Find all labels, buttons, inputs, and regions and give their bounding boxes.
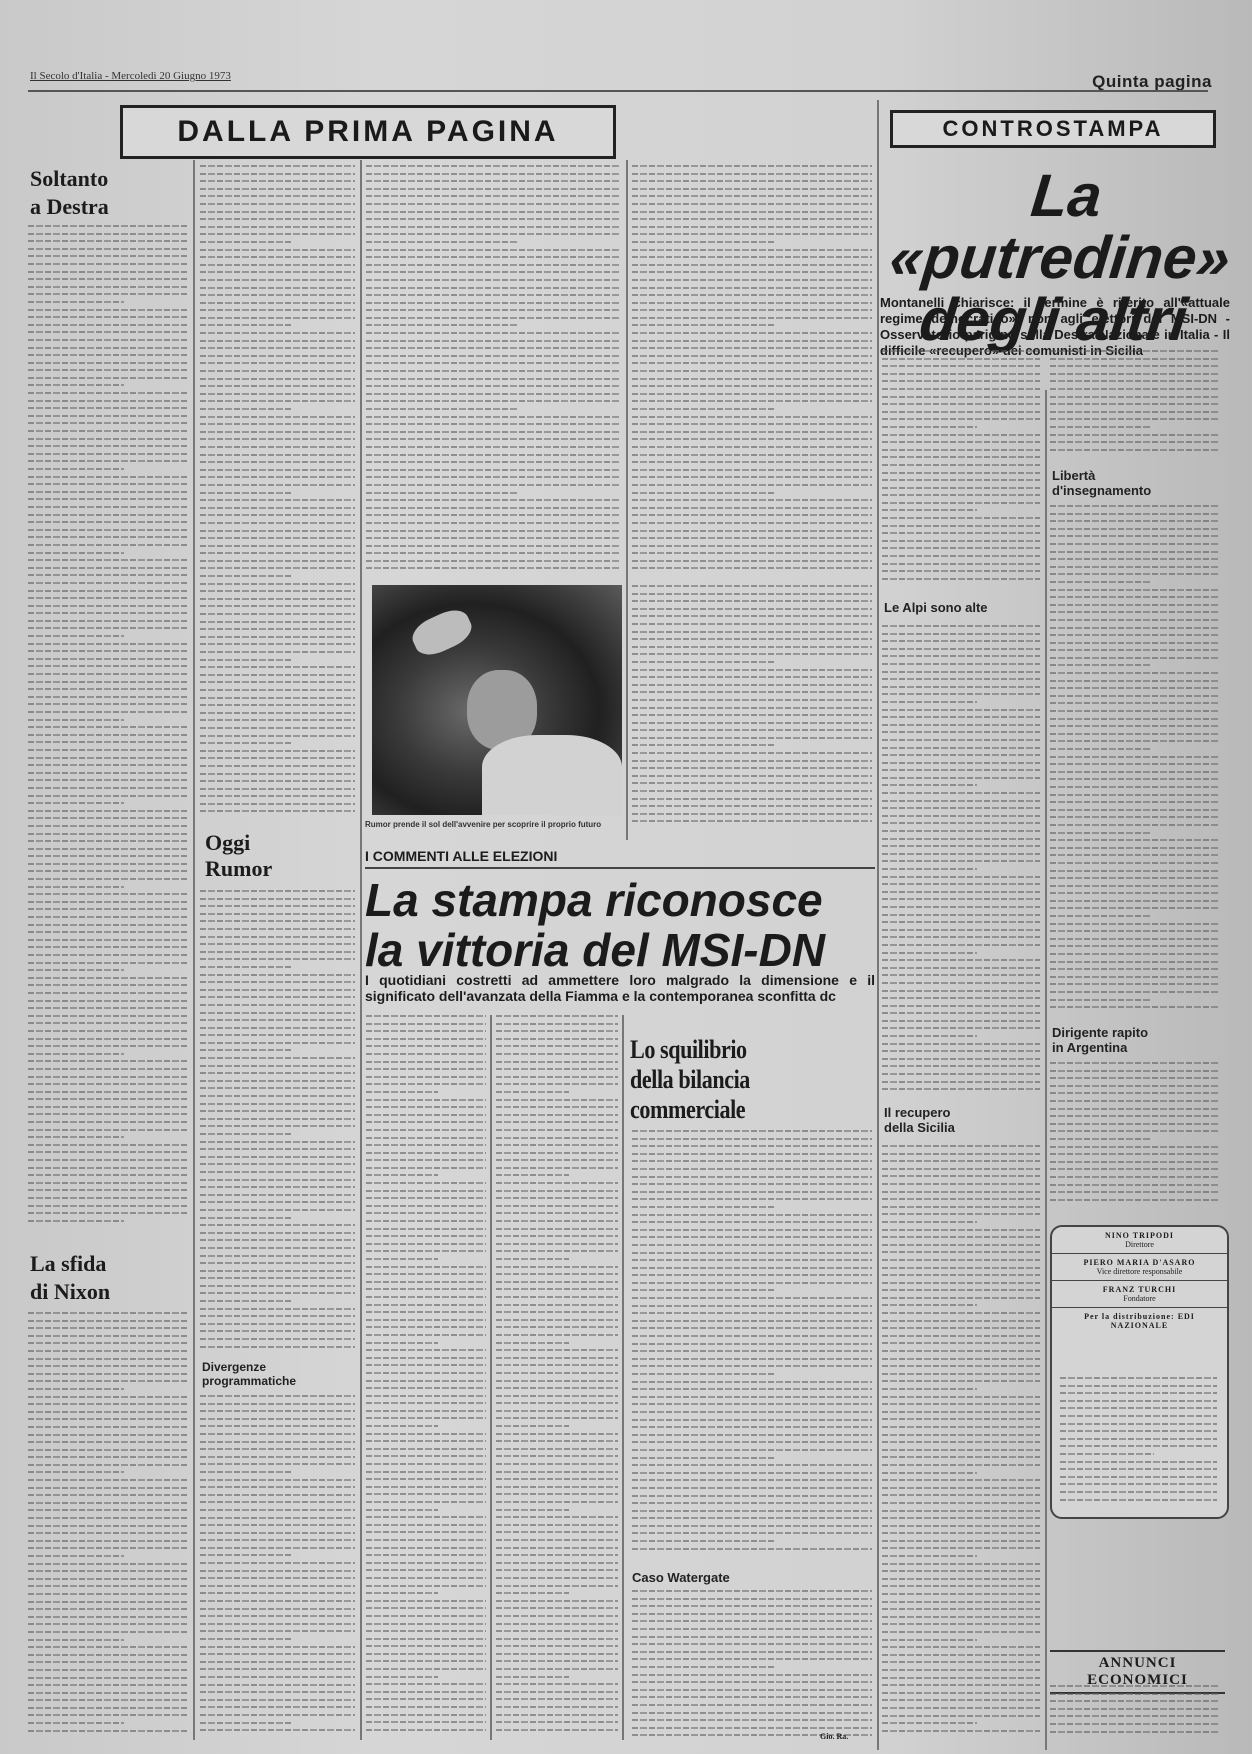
text-line — [200, 400, 355, 402]
text-line — [28, 567, 188, 569]
text-line — [200, 370, 355, 372]
text-line — [28, 901, 188, 903]
text-line — [28, 825, 188, 827]
text-line — [28, 984, 188, 986]
text-line — [1050, 740, 1220, 742]
text-line — [200, 1524, 355, 1526]
staff-director: NINO TRIPODI Direttore — [1052, 1227, 1227, 1254]
text-line — [882, 625, 1040, 627]
text-line — [200, 1103, 355, 1105]
text-line — [496, 1144, 618, 1146]
text-line — [496, 1493, 618, 1495]
text-line — [28, 764, 188, 766]
text-line — [632, 669, 872, 671]
text-line — [882, 815, 1040, 817]
text-line — [882, 1282, 1040, 1284]
text-line — [882, 784, 977, 786]
text-line — [200, 1080, 355, 1082]
text-line — [200, 1684, 355, 1686]
text-line — [882, 1631, 1040, 1633]
text-line — [200, 1532, 355, 1534]
text-line — [882, 1449, 1040, 1451]
text-line — [882, 1213, 1040, 1215]
text-line — [632, 1236, 872, 1238]
text-line — [882, 822, 1040, 824]
text-line — [366, 1638, 486, 1640]
text-line — [366, 1630, 486, 1632]
text-line — [1050, 358, 1220, 360]
text-line — [200, 355, 355, 357]
text-line — [366, 1615, 486, 1617]
text-line — [632, 340, 872, 342]
text-line — [200, 492, 293, 494]
text-line — [882, 921, 1040, 923]
text-line — [28, 1388, 124, 1390]
text-line — [28, 992, 188, 994]
text-line — [496, 1326, 618, 1328]
text-line — [28, 977, 188, 979]
text-line — [28, 1076, 188, 1078]
text-line — [882, 456, 1040, 458]
text-line — [882, 1502, 1040, 1504]
article-body-sfida-nixon — [28, 1312, 188, 1742]
text-line — [200, 788, 355, 790]
text-line — [28, 635, 124, 637]
text-line — [28, 1487, 188, 1489]
text-line — [200, 1638, 293, 1640]
text-line — [366, 294, 621, 296]
text-line — [632, 1153, 872, 1155]
text-line — [28, 1053, 124, 1055]
text-line — [632, 1696, 872, 1698]
text-line — [366, 552, 621, 554]
text-line — [496, 1478, 618, 1480]
text-line — [1050, 566, 1220, 568]
text-line — [28, 491, 188, 493]
text-line — [200, 1562, 355, 1564]
text-line — [632, 1168, 872, 1170]
text-line — [366, 1296, 486, 1298]
text-line — [28, 1212, 188, 1214]
text-line — [366, 1030, 486, 1032]
text-line — [366, 355, 621, 357]
text-line — [882, 731, 1040, 733]
text-line — [200, 996, 355, 998]
text-line — [882, 792, 1040, 794]
text-line — [496, 1296, 618, 1298]
text-line — [882, 358, 1040, 360]
text-line — [882, 1434, 1040, 1436]
text-line — [366, 1342, 438, 1344]
text-line — [882, 1403, 1040, 1405]
text-line — [632, 1704, 872, 1706]
text-line — [882, 1221, 977, 1223]
text-line — [632, 1312, 872, 1314]
text-line — [882, 1396, 1040, 1398]
text-line — [496, 1569, 618, 1571]
text-line — [632, 370, 872, 372]
text-line — [1050, 877, 1220, 879]
text-line — [366, 1220, 486, 1222]
text-line — [200, 1410, 355, 1412]
text-line — [632, 813, 872, 815]
text-line — [28, 1502, 188, 1504]
section-header-controstampa: CONTROSTAMPA — [890, 110, 1216, 148]
text-line — [632, 302, 872, 304]
text-line — [366, 1440, 486, 1442]
text-line — [632, 1719, 872, 1721]
text-line — [882, 532, 1040, 534]
text-line — [366, 1288, 486, 1290]
text-line — [366, 1668, 486, 1670]
text-line — [200, 416, 355, 418]
text-line — [200, 1486, 355, 1488]
text-line — [366, 400, 621, 402]
text-line — [200, 218, 355, 220]
text-line — [632, 1464, 872, 1466]
staff-resp: PIERO MARIA D'ASARO Vice direttore respo… — [1052, 1254, 1227, 1281]
text-line — [366, 1167, 486, 1169]
text-line — [200, 890, 355, 892]
text-line — [882, 800, 1040, 802]
text-line — [882, 373, 1040, 375]
text-line — [28, 225, 188, 227]
text-line — [28, 1578, 188, 1580]
text-line — [632, 279, 872, 281]
text-line — [882, 426, 977, 428]
text-line — [496, 1015, 618, 1017]
text-line — [632, 1636, 872, 1638]
text-line — [632, 1327, 872, 1329]
text-line — [366, 1516, 486, 1518]
text-line — [28, 1320, 188, 1322]
text-line — [632, 1426, 872, 1428]
text-line — [1050, 1070, 1220, 1072]
staff-fine-print — [1060, 1377, 1217, 1507]
text-line — [200, 1224, 355, 1226]
text-line — [882, 959, 1040, 961]
text-line — [1050, 945, 1220, 947]
text-line — [632, 165, 872, 167]
text-line — [28, 1547, 188, 1549]
text-line — [28, 1532, 188, 1534]
text-line — [28, 1091, 188, 1093]
text-line — [28, 574, 188, 576]
text-line — [366, 1311, 486, 1313]
text-line — [1050, 809, 1220, 811]
text-line — [200, 1118, 355, 1120]
text-line — [200, 981, 355, 983]
text-line — [882, 1342, 1040, 1344]
text-line — [28, 1570, 188, 1572]
text-line — [200, 989, 355, 991]
text-line — [200, 1338, 355, 1340]
text-line — [200, 780, 355, 782]
text-line — [632, 805, 872, 807]
text-line — [200, 1133, 293, 1135]
text-line — [28, 544, 188, 546]
text-line — [366, 1114, 486, 1116]
text-line — [366, 287, 621, 289]
text-line — [632, 203, 872, 205]
article-body-putredine-2 — [1050, 350, 1220, 460]
text-line — [632, 1712, 872, 1714]
text-line — [632, 1183, 872, 1185]
text-line — [632, 1502, 872, 1504]
text-line — [1050, 649, 1220, 651]
text-line — [1060, 1483, 1217, 1485]
text-line — [632, 188, 872, 190]
text-line — [496, 1380, 618, 1382]
text-line — [882, 1191, 1040, 1193]
text-line — [28, 962, 188, 964]
text-line — [28, 1471, 124, 1473]
text-line — [200, 898, 355, 900]
text-line — [200, 476, 355, 478]
text-line — [882, 525, 1040, 527]
text-line — [28, 1197, 188, 1199]
text-line — [366, 469, 621, 471]
text-line — [496, 1243, 618, 1245]
text-line — [28, 233, 188, 235]
text-line — [632, 1221, 872, 1223]
article-body-squilibrio — [632, 1130, 872, 1560]
text-line — [366, 530, 621, 532]
text-line — [882, 1715, 1040, 1717]
text-line — [366, 256, 621, 258]
text-line — [496, 1630, 618, 1632]
text-line — [882, 449, 1040, 451]
text-line — [632, 1525, 872, 1527]
text-line — [1050, 426, 1152, 428]
text-line — [28, 1601, 188, 1603]
text-line — [366, 1091, 438, 1093]
masthead-date: Il Secolo d'Italia - Mercoledì 20 Giugno… — [30, 70, 231, 82]
text-line — [200, 605, 355, 607]
text-line — [632, 324, 776, 326]
text-line — [28, 1623, 188, 1625]
text-line — [28, 271, 188, 273]
text-line — [366, 1471, 486, 1473]
text-line — [632, 552, 872, 554]
text-line — [882, 517, 1040, 519]
text-line — [200, 1600, 355, 1602]
text-line — [200, 1441, 355, 1443]
text-line — [882, 1035, 977, 1037]
text-line — [496, 1121, 618, 1123]
text-line — [366, 1228, 486, 1230]
text-line — [1050, 968, 1220, 970]
text-line — [200, 446, 355, 448]
text-line — [366, 476, 621, 478]
text-line — [882, 1578, 1040, 1580]
text-line — [496, 1106, 618, 1108]
text-line — [632, 691, 872, 693]
text-line — [882, 868, 977, 870]
text-line — [632, 1441, 872, 1443]
text-line — [496, 1334, 618, 1336]
text-line — [366, 537, 621, 539]
text-line — [200, 499, 355, 501]
text-line — [496, 1653, 618, 1655]
text-line — [632, 1388, 872, 1390]
text-line — [366, 1387, 486, 1389]
text-line — [632, 1297, 872, 1299]
page-label: Quinta pagina — [1092, 72, 1212, 92]
text-line — [200, 271, 355, 273]
text-line — [28, 1106, 188, 1108]
text-line — [1050, 1191, 1220, 1193]
text-line — [632, 1381, 872, 1383]
text-line — [200, 438, 355, 440]
text-line — [28, 582, 188, 584]
text-line — [28, 422, 188, 424]
text-line — [200, 1019, 355, 1021]
text-line — [632, 385, 872, 387]
text-line — [496, 1683, 618, 1685]
text-line — [632, 820, 872, 822]
text-line — [1050, 748, 1152, 750]
photo-hand — [407, 604, 476, 661]
text-line — [28, 726, 188, 728]
text-line — [496, 1030, 618, 1032]
text-line — [28, 931, 188, 933]
annunci-body — [1050, 1685, 1220, 1740]
text-line — [882, 716, 1040, 718]
text-line — [1050, 388, 1220, 390]
text-line — [1050, 596, 1220, 598]
text-line — [200, 294, 355, 296]
text-line — [200, 1630, 355, 1632]
text-line — [200, 1433, 355, 1435]
text-line — [366, 461, 621, 463]
text-line — [632, 737, 872, 739]
text-line — [632, 241, 776, 243]
text-line — [200, 279, 355, 281]
text-line — [496, 1053, 618, 1055]
text-line — [200, 256, 355, 258]
text-line — [882, 479, 1040, 481]
text-line — [28, 240, 188, 242]
text-line — [366, 1099, 486, 1101]
text-line — [366, 514, 621, 516]
text-line — [882, 578, 1040, 580]
text-line — [200, 393, 355, 395]
text-line — [200, 1308, 355, 1310]
text-line — [632, 1472, 872, 1474]
text-line — [1050, 350, 1220, 352]
text-line — [366, 1395, 486, 1397]
text-line — [496, 1471, 618, 1473]
text-line — [496, 1205, 618, 1207]
text-line — [632, 767, 872, 769]
text-line — [632, 393, 872, 395]
text-line — [366, 271, 621, 273]
text-line — [496, 1387, 618, 1389]
text-line — [200, 385, 355, 387]
text-line — [632, 1419, 872, 1421]
signature: Gio. Ra. — [820, 1732, 848, 1741]
text-line — [882, 990, 1040, 992]
text-line — [496, 1698, 618, 1700]
text-line — [200, 180, 355, 182]
text-line — [366, 484, 621, 486]
text-line — [28, 1015, 188, 1017]
text-line — [200, 928, 355, 930]
text-line — [1050, 961, 1220, 963]
text-line — [496, 1167, 618, 1169]
text-line — [28, 1068, 188, 1070]
text-line — [632, 1620, 872, 1622]
text-line — [200, 1186, 355, 1188]
text-line — [200, 461, 355, 463]
text-line — [496, 1266, 618, 1268]
text-line — [28, 590, 188, 592]
text-line — [1050, 687, 1220, 689]
photo-caption: Rumor prende il sol dell'avvenire per sc… — [365, 820, 625, 829]
text-line — [632, 218, 872, 220]
text-line — [882, 883, 1040, 885]
text-line — [28, 1373, 188, 1375]
text-line — [28, 1022, 188, 1024]
text-line — [366, 560, 621, 562]
text-line — [496, 1311, 618, 1313]
text-line — [1050, 1006, 1220, 1008]
text-line — [366, 1076, 486, 1078]
text-line — [366, 1645, 486, 1647]
text-line — [366, 264, 621, 266]
text-line — [496, 1554, 618, 1556]
text-line — [632, 461, 872, 463]
text-line — [366, 1121, 486, 1123]
text-line — [632, 416, 872, 418]
text-line — [882, 1669, 1040, 1671]
text-line — [1060, 1468, 1217, 1470]
article-body-stampa-2 — [496, 1015, 618, 1740]
text-line — [366, 1509, 438, 1511]
text-line — [882, 1707, 1040, 1709]
text-line — [366, 1569, 486, 1571]
text-line — [200, 1425, 355, 1427]
text-line — [200, 1217, 293, 1219]
text-line — [632, 446, 872, 448]
column-rule — [490, 1015, 492, 1740]
text-line — [882, 380, 1040, 382]
text-line — [882, 777, 1040, 779]
text-line — [366, 438, 621, 440]
article-body-col4 — [632, 165, 872, 575]
text-line — [200, 340, 355, 342]
text-line — [366, 423, 621, 425]
text-line — [366, 1053, 486, 1055]
text-line — [496, 1038, 618, 1040]
text-line — [882, 1267, 1040, 1269]
text-line — [882, 845, 1040, 847]
text-line — [496, 1729, 618, 1731]
text-line — [496, 1623, 618, 1625]
text-line — [632, 1517, 872, 1519]
text-line — [882, 1043, 1040, 1045]
text-line — [632, 530, 872, 532]
text-line — [882, 509, 977, 511]
text-line — [882, 396, 1040, 398]
text-line — [200, 742, 293, 744]
text-line — [366, 1691, 486, 1693]
text-line — [1050, 1715, 1220, 1717]
text-line — [28, 1631, 188, 1633]
text-line — [200, 530, 355, 532]
text-line — [632, 1145, 872, 1147]
